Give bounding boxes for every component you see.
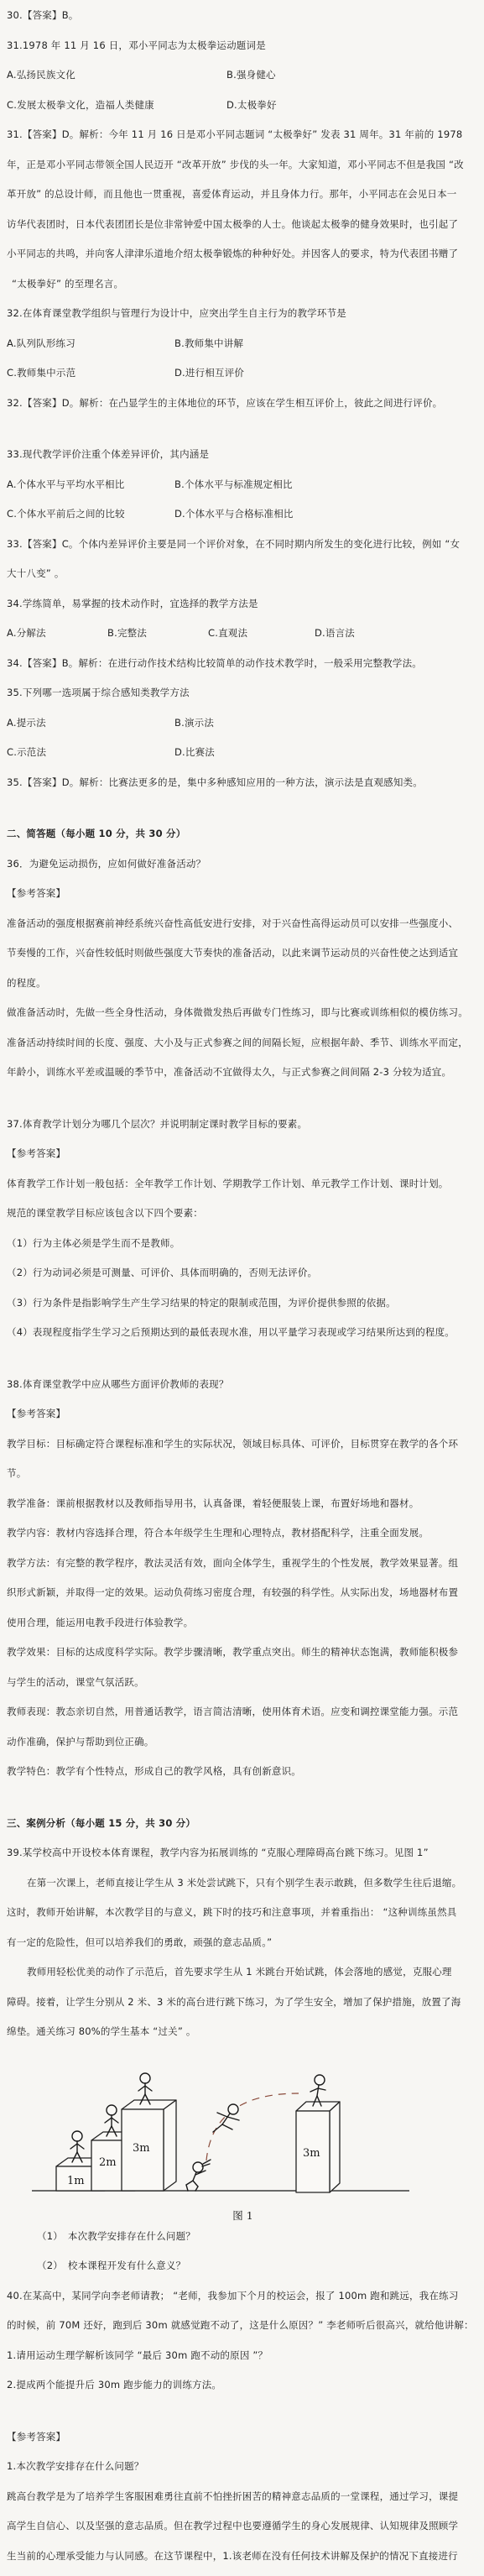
option-item: A.个体水平与平均水平相比 bbox=[7, 479, 174, 491]
text-line: 有一定的危险性，但可以培养我们的勇敢，顽强的意志品质。” bbox=[7, 1937, 479, 1949]
text-line: 30.【答案】B。 bbox=[7, 10, 479, 22]
spacer bbox=[7, 807, 479, 828]
option-item: C.教师集中示范 bbox=[7, 368, 174, 379]
text-line: 教学效果：目标的达成度科学实际。教学步骤清晰，教学重点突出。师生的精神状态饱满，… bbox=[7, 1647, 479, 1659]
text-line: 小平同志的共鸣，并向客人津津乐道地介绍太极拳锻炼的种种好处。并因客人的要求，特为… bbox=[7, 248, 479, 260]
high-platform-jump-diagram: 1m 2m 3m 3m bbox=[7, 2056, 484, 2201]
options-row: C.发展太极拳文化，造福人类健康D.太极拳好 bbox=[7, 100, 479, 112]
spacer bbox=[7, 1097, 479, 1119]
options-row: A.个体水平与平均水平相比B.个体水平与标准规定相比 bbox=[7, 479, 479, 491]
option-item: A.队列队形练习 bbox=[7, 338, 174, 350]
option-item: D.进行相互评价 bbox=[174, 368, 244, 379]
text-line: 【参考答案】 bbox=[7, 888, 479, 900]
spacer bbox=[7, 2410, 479, 2432]
options-row: C.教师集中示范D.进行相互评价 bbox=[7, 368, 479, 379]
text-line: 的时候，前 70M 还好，跑到后 30m 就感觉跑不动了，这是什么原因？” 李老… bbox=[7, 2320, 479, 2332]
text-line: 【参考答案】 bbox=[7, 1148, 479, 1160]
stick-figure-landing bbox=[186, 2160, 211, 2191]
platform-label-3m: 3m bbox=[133, 2142, 150, 2155]
option-item: D.比赛法 bbox=[174, 747, 215, 759]
text-line: 33.现代教学评价注重个体差异评价，其内涵是 bbox=[7, 449, 479, 461]
exam-document: 30.【答案】B。31.1978 年 11 月 16 日，邓小平同志为太极拳运动… bbox=[0, 0, 484, 2562]
option-item: D.语言法 bbox=[315, 628, 355, 640]
option-item: B.完整法 bbox=[107, 628, 208, 640]
options-row: C.个体水平前后之间的比较D.个体水平与合格标准相比 bbox=[7, 509, 479, 520]
text-line: 教学内容：教材内容选择合理，符合本年级学生生理和心理特点，教材搭配科学，注重全面… bbox=[7, 1528, 479, 1539]
option-item: B.演示法 bbox=[174, 718, 214, 729]
options-row: A.弘扬民族文化B.强身健心 bbox=[7, 70, 479, 81]
text-line: 32.【答案】D。解析：在凸显学生的主体地位的环节，应该在学生相互评价上，彼此之… bbox=[7, 398, 479, 410]
text-line: 障碍。接着，让学生分别从 2 米、3 米的高台进行跳下练习，为了学生安全，增加了… bbox=[7, 1997, 479, 2009]
figure-1: 1m 2m 3m 3m bbox=[7, 2056, 479, 2223]
text-line: 教师用轻松优美的动作了示范后，首先要求学生从 1 米跳台开始试跳，体会落地的感觉… bbox=[7, 1967, 479, 1978]
text-line: 39.某学校高中开设校本体育课程，教学内容为拓展训练的 “克服心理障碍高台跳下练… bbox=[7, 1847, 479, 1859]
trajectory-arc bbox=[206, 2093, 299, 2161]
option-item: C.发展太极拳文化，造福人类健康 bbox=[7, 100, 226, 112]
text-line: （2） 校本课程开发有什么意义？ bbox=[7, 2260, 479, 2272]
text-line: 【参考答案】 bbox=[7, 2432, 479, 2443]
text-line: （1）行为主体必须是学生而不是教师。 bbox=[7, 1238, 479, 1250]
text-line: 跳高台教学是为了培养学生客服困难勇往直前不怕挫折困苦的精神意志品质的一堂课程，通… bbox=[7, 2491, 479, 2503]
option-item: B.强身健心 bbox=[226, 70, 276, 81]
text-line: 革开放” 的总设计师，而且他也一贯重视，喜爱体育运动，并且身体力行。那年，小平同… bbox=[7, 189, 479, 201]
text-line: 织形式新颖，并取得一定的效果。运动负荷练习密度合理，有较强的科学性。从实际出发，… bbox=[7, 1587, 479, 1599]
option-item: A.分解法 bbox=[7, 628, 107, 640]
text-line: （1） 本次教学安排存在什么问题？ bbox=[7, 2231, 479, 2243]
option-item: A.弘扬民族文化 bbox=[7, 70, 226, 81]
text-line: （2）行为动词必须是可测量、可评价、具体而明确的，否则无法评价。 bbox=[7, 1267, 479, 1279]
options-row: A.提示法B.演示法 bbox=[7, 718, 479, 729]
text-line: 2.提成两个能提升后 30m 跑步能力的训练方法。 bbox=[7, 2380, 479, 2391]
document-body: 30.【答案】B。31.1978 年 11 月 16 日，邓小平同志为太极拳运动… bbox=[7, 10, 479, 2562]
text-line: 年龄小，训练水平差或温暖的季节中，准备活动不宜做得太久，与正式参赛之间间隔 2-… bbox=[7, 1067, 479, 1079]
option-item: C.示范法 bbox=[7, 747, 174, 759]
options-row: A.分解法B.完整法C.直观法D.语言法 bbox=[7, 628, 479, 640]
text-line: 在第一次课上，老师直接让学生从 3 米处尝试跳下，只有个别学生表示敢跳，但多数学… bbox=[7, 1878, 479, 1889]
text-line: 与学生的活动，课堂气氛活跃。 bbox=[7, 1677, 479, 1689]
text-line: 生当前的心理承受能力与认同感。在这节课程中，1.该老师在没有任何技术讲解及保护的… bbox=[7, 2551, 479, 2563]
text-line: 教学特色：教学有个性特点，形成自己的教学风格，具有创新意识。 bbox=[7, 1766, 479, 1778]
option-item: C.直观法 bbox=[208, 628, 315, 640]
text-line: 年，正是邓小平同志带领全国人民迈开 “改革开放” 步伐的头一年。大家知道，邓小平… bbox=[7, 159, 479, 171]
text-line: 教学准备：课前根据教材以及教师指导用书，认真备课，着轻便服装上课，布置好场地和器… bbox=[7, 1498, 479, 1510]
text-line: 教学方法：有完整的教学程序，教法灵活有效，面向全体学生，重视学生的个性发展，教学… bbox=[7, 1558, 479, 1570]
text-line: 的程度。 bbox=[7, 978, 479, 990]
text-line: 教师表现：教态亲切自然，用普通话教学，语言简洁清晰，使用体育术语。应变和调控课堂… bbox=[7, 1706, 479, 1718]
text-line: 37.体育教学计划分为哪几个层次？并说明制定课时教学目标的要素。 bbox=[7, 1119, 479, 1131]
option-item: C.个体水平前后之间的比较 bbox=[7, 509, 174, 520]
spacer bbox=[7, 427, 479, 449]
text-line: 节。 bbox=[7, 1468, 479, 1480]
option-item: D.太极拳好 bbox=[226, 100, 277, 112]
text-line: 36．为避免运动损伤，应如何做好准备活动？ bbox=[7, 859, 479, 870]
text-line: （3）行为条件是指影响学生产生学习结果的特定的限制或范围，为评价提供参照的依据。 bbox=[7, 1298, 479, 1309]
text-line: 1.本次教学安排存在什么问题？ bbox=[7, 2461, 479, 2473]
section-heading: 三、案例分析（每小题 15 分，共 30 分） bbox=[7, 1818, 479, 1830]
stick-figure-jumping bbox=[213, 2104, 239, 2132]
text-line: 体育教学工作计划一般包括：全年教学工作计划、学期教学工作计划、单元教学工作计划、… bbox=[7, 1178, 479, 1190]
option-item: B.个体水平与标准规定相比 bbox=[174, 479, 293, 491]
text-line: 32.在体育课堂教学组织与管理行为设计中，应突出学生自主行为的教学环节是 bbox=[7, 308, 479, 320]
section-heading: 二、简答题（每小题 10 分，共 30 分） bbox=[7, 828, 479, 840]
text-line: 40.在某高中，某同学向李老师请教； “老师，我参加下个月的校运会，报了 100… bbox=[7, 2291, 479, 2302]
text-line: 【参考答案】 bbox=[7, 1408, 479, 1420]
figure-caption: 图 1 bbox=[7, 2208, 479, 2223]
text-line: 做准备活动时，先做一些全身性活动，身体微微发热后再做专门性练习，即与比赛或训练相… bbox=[7, 1007, 479, 1019]
platform-box-3m bbox=[164, 2100, 176, 2191]
text-line: 绵垫。通关练习 80%的学生基本 “过关” 。 bbox=[7, 2026, 479, 2038]
text-line: 教学目标：目标确定符合课程标准和学生的实际状况，领域目标具体、可评价，目标贯穿在… bbox=[7, 1439, 479, 1450]
text-line: 准备活动持续时间的长度、强度、大小及与正式参赛之间的间隔长短，应根据年龄、季节、… bbox=[7, 1037, 479, 1049]
text-line: 访华代表团时，日本代表团团长是位非常钟爱中国太极拳的人士。他谈起太极拳的健身效果… bbox=[7, 219, 479, 231]
text-line: 31.【答案】D。解析：今年 11 月 16 日是邓小平同志题词 “太极拳好” … bbox=[7, 129, 479, 141]
text-line: 31.1978 年 11 月 16 日，邓小平同志为太极拳运动题词是 bbox=[7, 40, 479, 52]
option-item: B.教师集中讲解 bbox=[174, 338, 243, 350]
text-line: 规范的课堂教学目标应该包含以下四个要素： bbox=[7, 1208, 479, 1220]
option-item: D.个体水平与合格标准相比 bbox=[174, 509, 294, 520]
text-line: 动作准确，保护与帮助到位正确。 bbox=[7, 1737, 479, 1748]
spacer bbox=[7, 1796, 479, 1818]
text-line: 35.下列哪一选项属于综合感知类教学方法 bbox=[7, 687, 479, 699]
text-line: 使用合理，能运用电教手段进行体验教学。 bbox=[7, 1617, 479, 1629]
platform-label-1m: 1m bbox=[67, 2175, 85, 2187]
options-row: C.示范法D.比赛法 bbox=[7, 747, 479, 759]
text-line: 1.请用运动生理学解析该同学 “最后 30m 跑不动的原因 ”？ bbox=[7, 2350, 479, 2362]
text-line: 高学生自信心、以及坚强的意志品质。但在教学过程中也要遵循学生的身心发展规律、认知… bbox=[7, 2521, 479, 2532]
text-line: 34.【答案】B。解析：在进行动作技术结构比较简单的动作技术教学时，一般采用完整… bbox=[7, 658, 479, 670]
text-line: 这时，教师开始讲解，本次教学目的与意义，跳下时的技巧和注意事项，并着重指出： “… bbox=[7, 1907, 479, 1919]
text-line: 准备活动的强度根据赛前神经系统兴奋性高低安进行安排，对于兴奋性高得运动员可以安排… bbox=[7, 918, 479, 930]
text-line: “太极拳好” 的至理名言。 bbox=[7, 279, 479, 290]
options-row: A.队列队形练习B.教师集中讲解 bbox=[7, 338, 479, 350]
spacer bbox=[7, 1357, 479, 1379]
option-item: A.提示法 bbox=[7, 718, 174, 729]
text-line: （4）表现程度指学生学习之后预期达到的最低表现水准，用以平量学习表现或学习结果所… bbox=[7, 1327, 479, 1339]
text-line: 38.体育课堂教学中应从哪些方面评价教师的表现？ bbox=[7, 1379, 479, 1391]
text-line: 大十八变” 。 bbox=[7, 568, 479, 580]
text-line: 35.【答案】D。解析：比赛法更多的是，集中多种感知应用的一种方法，演示法是直观… bbox=[7, 777, 479, 789]
platform-label-2m: 2m bbox=[99, 2156, 117, 2169]
text-line: 33.【答案】C。个体内差异评价主要是同一个评价对象，在不同时期内所发生的变化进… bbox=[7, 539, 479, 551]
platform-label-right-3m: 3m bbox=[303, 2147, 320, 2160]
text-line: 节奏慢的工作，兴奋性较低时则做些强度大节奏快的准备活动，以此来调节运动员的兴奋性… bbox=[7, 948, 479, 959]
text-line: 34.学练简单，易掌握的技术动作时，宜选择的教学方法是 bbox=[7, 598, 479, 610]
platform-box-right-3m bbox=[330, 2102, 340, 2192]
